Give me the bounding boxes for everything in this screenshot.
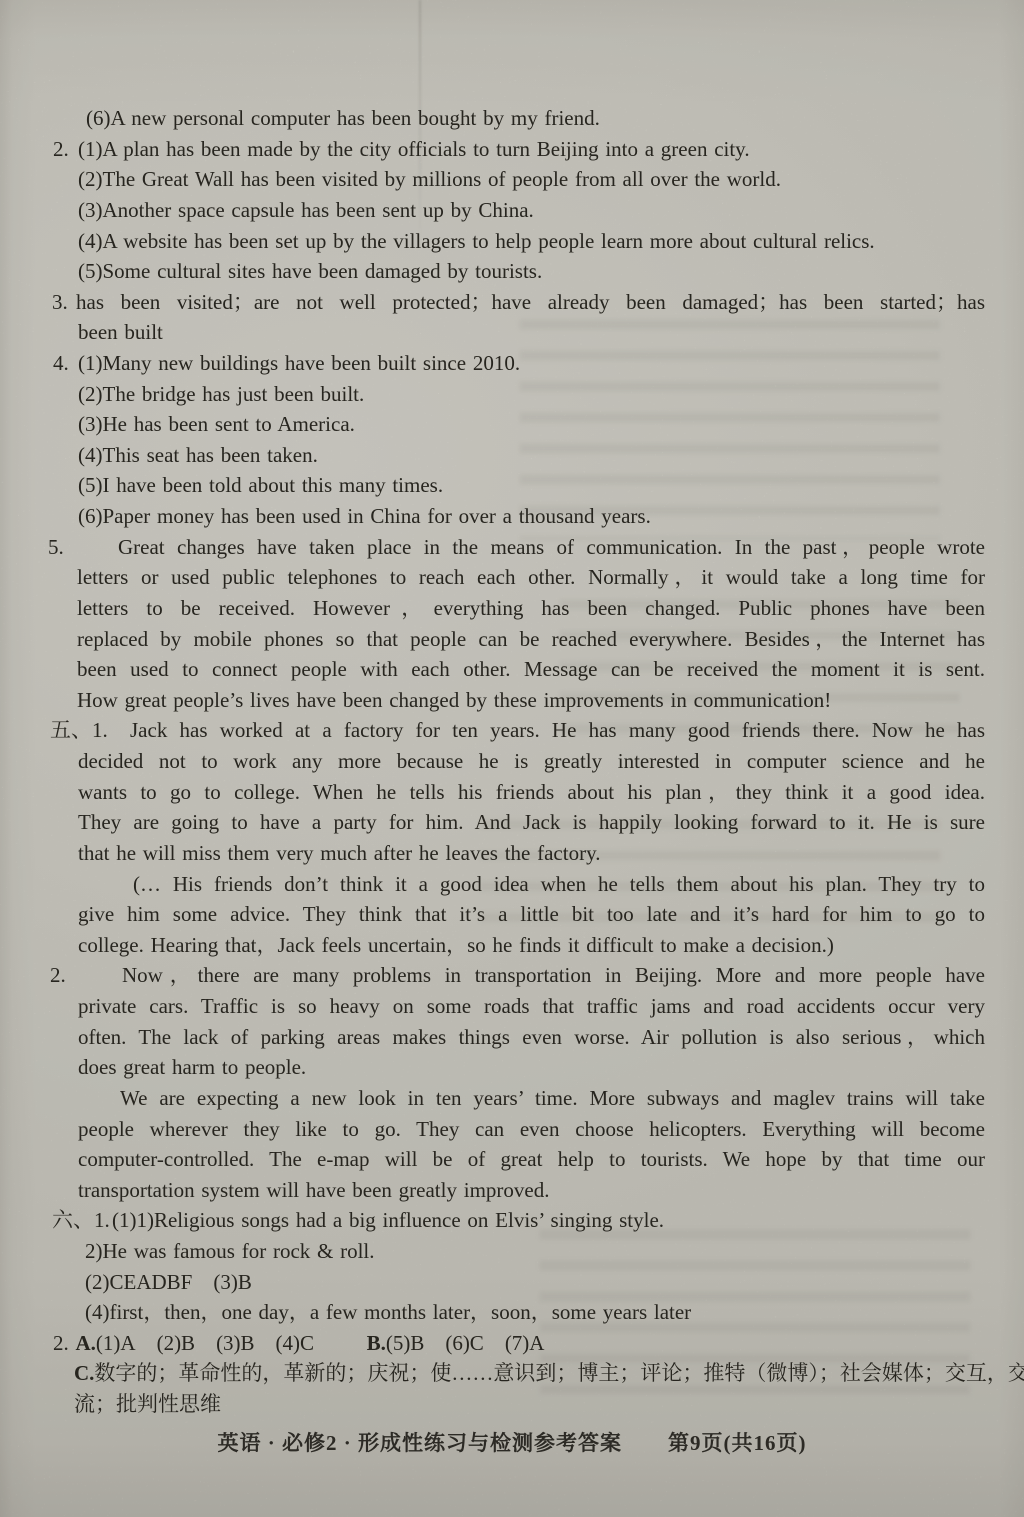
text-line: (2)CEADBF (3)B — [85, 1267, 252, 1298]
text-run: 数字的；革命性的，革新的；庆祝；使……意识到；博主；评论；推特（微博）；社会媒体… — [94, 1361, 1024, 1385]
text-run: Jack has worked at a factory for ten yea… — [130, 718, 985, 742]
text-run: letters or used public telephones to rea… — [77, 565, 985, 589]
text-run: has been visited；are not well protected；… — [76, 290, 985, 314]
text-run: give him some advice. They think that it… — [78, 902, 985, 926]
text-line: 2.(1)A plan has been made by the city of… — [78, 134, 750, 165]
text-run: (2)The bridge has just been built. — [78, 382, 364, 406]
text-run: (3)Another space capsule has been sent u… — [78, 198, 534, 222]
text-line: give him some advice. They think that it… — [78, 899, 985, 930]
text-run: (… His friends don’t think it a good ide… — [133, 872, 985, 896]
text-line: wants to go to college. When he tells hi… — [78, 777, 985, 808]
text-line: (4)A website has been set up by the vill… — [78, 226, 875, 257]
text-line: (2)The Great Wall has been visited by mi… — [78, 164, 781, 195]
text-run: been built — [78, 320, 163, 344]
text-run: They are going to have a party for him. … — [78, 810, 985, 834]
text-line: (3)Another space capsule has been sent u… — [78, 195, 534, 226]
answer-label: B. — [367, 1331, 386, 1355]
text-line: (4)first，then，one day，a few months later… — [85, 1297, 691, 1328]
text-run: wants to go to college. When he tells hi… — [78, 780, 985, 804]
list-marker: 4. — [53, 348, 69, 379]
text-line: (3)He has been sent to America. — [78, 409, 355, 440]
text-run: (1)1)Religious songs had a big influence… — [112, 1208, 664, 1232]
text-line: (… His friends don’t think it a good ide… — [133, 869, 985, 900]
text-run: people wherever they like to go. They ca… — [78, 1117, 985, 1141]
text-run: (5)Some cultural sites have been damaged… — [78, 259, 542, 283]
text-line: 3.has been visited；are not well protecte… — [76, 287, 985, 318]
text-line: 流；批判性思维 — [74, 1389, 221, 1420]
text-line: They are going to have a party for him. … — [78, 807, 985, 838]
text-line: 2.Now，there are many problems in transpo… — [122, 960, 985, 991]
text-run: 2)He was famous for rock & roll. — [85, 1239, 375, 1263]
list-marker: 六、1. — [52, 1205, 110, 1236]
text-run: replaced by mobile phones so that people… — [77, 627, 985, 651]
text-run: (4)first，then，one day，a few months later… — [85, 1300, 691, 1324]
text-run: (5)B (6)C (7)A — [386, 1331, 545, 1355]
text-run: Great changes have taken place in the me… — [118, 535, 985, 559]
text-line: transportation system will have been gre… — [78, 1175, 549, 1206]
text-run: (4)This seat has been taken. — [78, 443, 318, 467]
text-line: computer-controlled. The e-map will be o… — [78, 1144, 985, 1175]
text-run: private cars. Traffic is so heavy on som… — [78, 994, 985, 1018]
text-line: 5.Great changes have taken place in the … — [118, 532, 985, 563]
text-line: often. The lack of parking areas makes t… — [78, 1022, 985, 1053]
text-line: C.数字的；革命性的，革新的；庆祝；使……意识到；博主；评论；推特（微博）；社会… — [74, 1358, 985, 1389]
text-line: (6)A new personal computer has been boug… — [86, 103, 600, 134]
text-line: 2)He was famous for rock & roll. — [85, 1236, 375, 1267]
page-footer: 英语 · 必修2 · 形成性练习与检测参考答案第9页(共16页) — [0, 1428, 1024, 1459]
text-line: We are expecting a new look in ten years… — [120, 1083, 985, 1114]
text-run: college. Hearing that，Jack feels uncerta… — [78, 933, 834, 957]
text-line: (5)I have been told about this many time… — [78, 470, 443, 501]
footer-book-title: 英语 · 必修2 · 形成性练习与检测参考答案 — [217, 1428, 622, 1459]
list-marker: 5. — [48, 532, 64, 563]
list-marker: 3. — [52, 287, 68, 318]
text-line: replaced by mobile phones so that people… — [77, 624, 985, 655]
answer-label: C. — [74, 1361, 94, 1385]
text-run: been used to connect people with each ot… — [77, 657, 985, 681]
text-line: letters or used public telephones to rea… — [77, 562, 985, 593]
text-run: does great harm to people. — [78, 1055, 306, 1079]
text-line: 2. A.(1)A (2)B (3)B (4)C B.(5)B (6)C (7)… — [53, 1328, 544, 1359]
text-line: (4)This seat has been taken. — [78, 440, 318, 471]
text-line: does great harm to people. — [78, 1052, 306, 1083]
text-run: (5)I have been told about this many time… — [78, 473, 443, 497]
text-run: We are expecting a new look in ten years… — [120, 1086, 985, 1110]
text-line: decided not to work any more because he … — [78, 746, 985, 777]
text-run: (1)A plan has been made by the city offi… — [78, 137, 750, 161]
text-run: (1)Many new buildings have been built si… — [78, 351, 520, 375]
text-run: decided not to work any more because he … — [78, 749, 985, 773]
list-marker: 2. — [53, 134, 69, 165]
text-run: transportation system will have been gre… — [78, 1178, 549, 1202]
text-run: (4)A website has been set up by the vill… — [78, 229, 875, 253]
text-line: How great people’s lives have been chang… — [77, 685, 831, 716]
text-run: often. The lack of parking areas makes t… — [78, 1025, 985, 1049]
text-run: 2. — [53, 1331, 76, 1355]
text-run: letters to be received. However，everythi… — [77, 596, 985, 620]
footer-page-number: 第9页(共16页) — [668, 1428, 807, 1459]
text-line: 五、1.Jack has worked at a factory for ten… — [130, 715, 985, 746]
text-run: 流；批判性思维 — [74, 1392, 221, 1416]
text-line: people wherever they like to go. They ca… — [78, 1114, 985, 1145]
text-run: (6)Paper money has been used in China fo… — [78, 504, 651, 528]
text-line: private cars. Traffic is so heavy on som… — [78, 991, 985, 1022]
text-line: that he will miss them very much after h… — [78, 838, 600, 869]
text-run: (6)A new personal computer has been boug… — [86, 106, 600, 130]
text-line: (6)Paper money has been used in China fo… — [78, 501, 651, 532]
list-marker: 2. — [50, 960, 66, 991]
text-line: college. Hearing that，Jack feels uncerta… — [78, 930, 834, 961]
text-run: computer-controlled. The e-map will be o… — [78, 1147, 985, 1171]
text-run: Now，there are many problems in transport… — [122, 963, 985, 987]
text-run: How great people’s lives have been chang… — [77, 688, 831, 712]
text-line: been built — [78, 317, 163, 348]
text-line: (5)Some cultural sites have been damaged… — [78, 256, 542, 287]
text-line: 4.(1)Many new buildings have been built … — [78, 348, 520, 379]
text-run: that he will miss them very much after h… — [78, 841, 600, 865]
text-run: (2)The Great Wall has been visited by mi… — [78, 167, 781, 191]
text-run: (1)A (2)B (3)B (4)C — [96, 1331, 367, 1355]
text-line: letters to be received. However，everythi… — [77, 593, 985, 624]
text-line: (2)The bridge has just been built. — [78, 379, 364, 410]
text-line: been used to connect people with each ot… — [77, 654, 985, 685]
list-marker: 五、1. — [50, 715, 108, 746]
scanned-answer-page: 英语 · 必修2 · 形成性练习与检测参考答案第9页(共16页) (6)A ne… — [0, 0, 1024, 1517]
text-run: (2)CEADBF (3)B — [85, 1270, 252, 1294]
answer-label: A. — [76, 1331, 96, 1355]
text-line: 六、1.(1)1)Religious songs had a big influ… — [112, 1205, 664, 1236]
text-run: (3)He has been sent to America. — [78, 412, 355, 436]
